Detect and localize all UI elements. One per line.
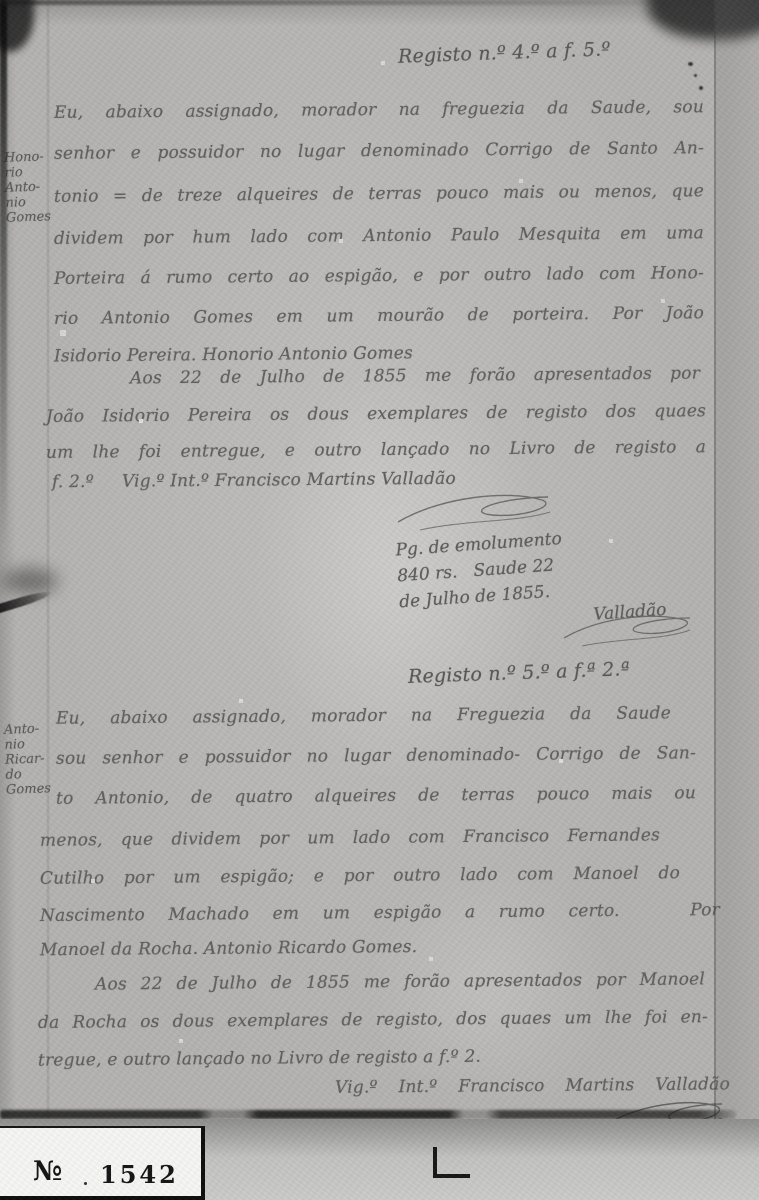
numero-sign: № [33, 1156, 62, 1187]
manuscript-line: Aos 22 de Julho de 1855 me forão apresen… [130, 364, 700, 390]
margin-note-line: Hono- [4, 149, 49, 166]
paper-specks [0, 0, 2, 2]
manuscript-line: tonio = de treze alqueires de terras pou… [54, 181, 704, 208]
manuscript-line: dividem por hum lado com Antonio Paulo M… [54, 223, 704, 250]
margin-note-line: rio [4, 164, 49, 181]
manuscript-line: Eu, abaixo assignado, morador na freguez… [54, 97, 704, 124]
catalog-number: 1542 [100, 1160, 179, 1189]
entry1-margin-note: Hono- rio Anto- nio Gomes [4, 149, 51, 226]
manuscript-line: menos, que dividem por um lado com Franc… [40, 825, 660, 852]
manuscript-line: Manoel da Rocha. Antonio Ricardo Gomes. [40, 936, 560, 962]
entry2-margin-note: Anto- nio Ricar- do Gomes [4, 721, 51, 798]
page-top-edge [0, 0, 700, 5]
margin-note-line: Anto- [4, 721, 49, 738]
signature-rubric [560, 608, 700, 652]
paper-fold-line [47, 0, 49, 1118]
margin-note-line: Gomes [6, 781, 51, 798]
page-left-edge [0, 0, 7, 545]
margin-note-line: Gomes [6, 209, 51, 226]
page-bottom-edge [0, 1110, 736, 1119]
manuscript-line: um lhe foi entregue, e outro lançado no … [46, 437, 706, 464]
margin-note-line: nio [5, 194, 50, 211]
margin-note-line: Ricar- [5, 751, 50, 768]
ink-spot [688, 62, 693, 66]
margin-note-line: Anto- [5, 179, 50, 196]
object-shadow [2, 568, 58, 594]
separator-dot [84, 1182, 87, 1185]
scanned-manuscript-page: Registo n.º 4.º a f. 5.º Hono- rio Anto-… [0, 0, 759, 1200]
entry1-heading: Registo n.º 4.º a f. 5.º [398, 38, 611, 69]
binding-edge [714, 0, 759, 1125]
manuscript-line: João Isidorio Pereira os dous exemplares… [46, 401, 706, 428]
margin-note-line: nio [4, 736, 49, 753]
manuscript-line: to Antonio, de quatro alqueires de terra… [56, 783, 696, 810]
margin-note-line: do [5, 766, 50, 783]
ink-spot [699, 86, 703, 90]
manuscript-line: sou senhor e possuidor no lugar denomina… [56, 743, 696, 770]
manuscript-line: senhor e possuidor no lugar denominado C… [54, 138, 704, 165]
manuscript-line: Eu, abaixo assignado, morador na Freguez… [56, 703, 671, 730]
catalog-number-label: № 1542 [0, 1126, 205, 1200]
manuscript-line: rio Antonio Gomes em um mourão de portei… [54, 303, 704, 330]
corner-crop-mark [433, 1174, 470, 1178]
ink-spot [694, 74, 697, 77]
manuscript-line: Porteira á rumo certo ao espigão, e por … [54, 263, 704, 290]
